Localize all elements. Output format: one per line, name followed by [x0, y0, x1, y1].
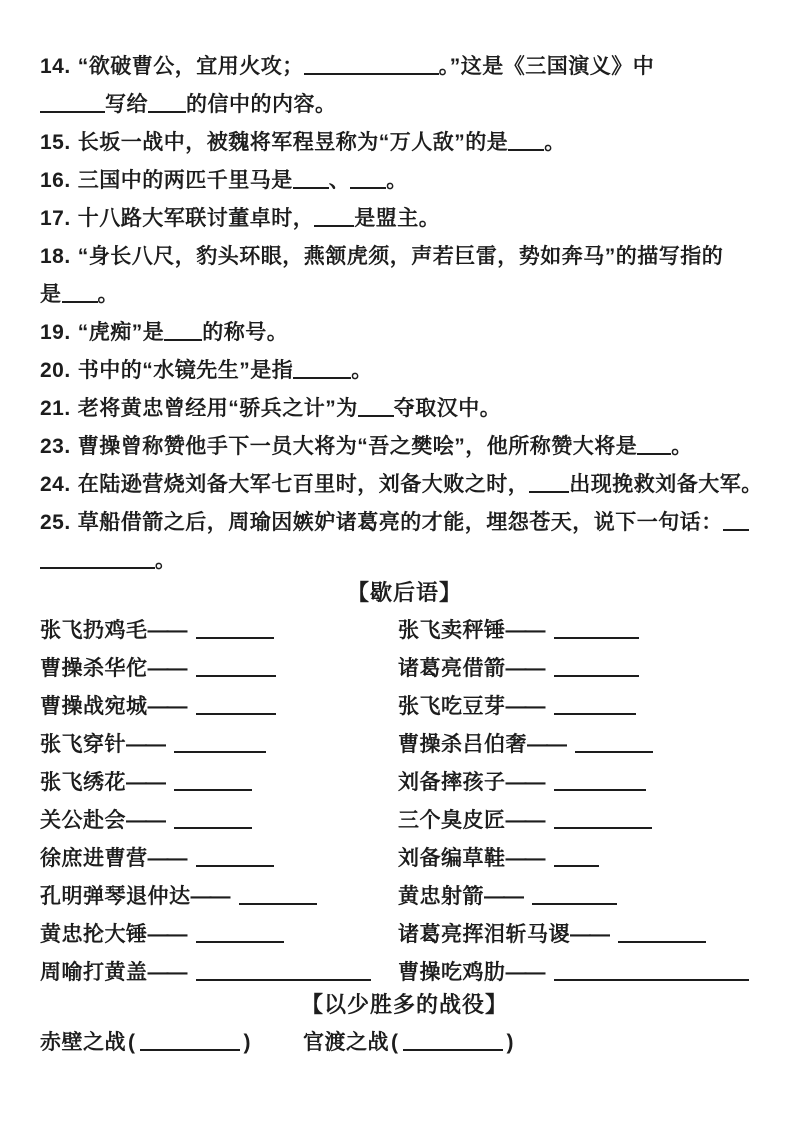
xiehouyu-label: 黄忠射箭: [398, 885, 484, 908]
xiehouyu-dash: ——: [506, 847, 544, 870]
answer-blank: [293, 173, 329, 189]
xiehouyu-item: 曹操战宛城——: [40, 688, 398, 726]
answer-blank: [196, 623, 274, 639]
question-text: 的信中的内容。: [186, 93, 337, 116]
section-title-xiehouyu: 【歇后语】: [40, 580, 769, 606]
answer-blank: [554, 661, 639, 677]
question-text: 十八路大军联讨董卓时，: [78, 207, 315, 230]
xiehouyu-row: 张飞穿针—— 曹操杀吕伯奢——: [40, 726, 769, 764]
question-line-18-2: 是。: [40, 276, 769, 314]
answer-blank: [174, 737, 266, 753]
question-text: 是: [40, 283, 62, 306]
xiehouyu-item: 张飞扔鸡毛——: [40, 612, 398, 650]
xiehouyu-label: 曹操杀吕伯奢: [398, 733, 527, 756]
xiehouyu-item: 张飞穿针——: [40, 726, 398, 764]
xiehouyu-dash: ——: [484, 885, 522, 908]
answer-blank: [40, 553, 155, 569]
question-text: 。: [351, 359, 373, 382]
answer-blank: [529, 477, 569, 493]
question-text: 、: [329, 169, 351, 192]
question-line-25-1: 25.草船借箭之后，周瑜因嫉妒诸葛亮的才能，埋怨苍天，说下一句话：: [40, 504, 769, 542]
question-number: 23.: [40, 435, 71, 458]
xiehouyu-item: 张飞吃豆芽——: [398, 688, 636, 726]
xiehouyu-label: 孔明弹琴退仲达: [40, 885, 191, 908]
paren-open: (: [389, 1031, 401, 1054]
xiehouyu-dash: ——: [570, 923, 608, 946]
xiehouyu-item: 周喻打黄盖——: [40, 954, 398, 992]
xiehouyu-row: 徐庶进曹营—— 刘备编草鞋——: [40, 840, 769, 878]
answer-blank: [174, 775, 252, 791]
paren-close: ): [242, 1031, 254, 1054]
answer-blank: [164, 325, 202, 341]
answer-blank: [174, 813, 252, 829]
xiehouyu-dash: ——: [527, 733, 565, 756]
question-number: 14.: [40, 55, 71, 78]
question-text: 。: [386, 169, 408, 192]
answer-blank: [350, 173, 386, 189]
answer-blank: [239, 889, 317, 905]
question-line-18-1: 18.“身长八尺，豹头环眼，燕颔虎须，声若巨雷，势如奔马”的描写指的: [40, 238, 769, 276]
question-text: 曹操曾称赞他手下一员大将为“吾之樊哙”，他所称赞大将是: [78, 435, 638, 458]
question-line-14-2: 写给的信中的内容。: [40, 86, 769, 124]
xiehouyu-label: 曹操杀华佗: [40, 657, 148, 680]
question-text: “虎痴”是: [78, 321, 165, 344]
xiehouyu-label: 张飞绣花: [40, 771, 126, 794]
answer-blank: [304, 59, 439, 75]
xiehouyu-dash: ——: [126, 771, 164, 794]
answer-blank: [554, 775, 646, 791]
answer-blank: [140, 1035, 240, 1051]
xiehouyu-dash: ——: [506, 961, 544, 984]
answer-blank: [637, 439, 671, 455]
xiehouyu-item: 诸葛亮借箭——: [398, 650, 639, 688]
answer-blank: [532, 889, 617, 905]
answer-blank: [196, 661, 276, 677]
xiehouyu-item: 关公赴会——: [40, 802, 398, 840]
question-line-14-1: 14.“欲破曹公，宜用火攻；。”这是《三国演义》中: [40, 48, 769, 86]
xiehouyu-label: 三个臭皮匠: [398, 809, 506, 832]
answer-blank: [618, 927, 706, 943]
battle-item: 赤壁之战(): [40, 1024, 303, 1062]
answer-blank: [196, 927, 284, 943]
question-line-15: 15.长坂一战中，被魏将军程昱称为“万人敌”的是。: [40, 124, 769, 162]
question-text: 。: [671, 435, 693, 458]
answer-blank: [575, 737, 653, 753]
xiehouyu-dash: ——: [148, 657, 186, 680]
answer-blank: [196, 851, 274, 867]
xiehouyu-dash: ——: [506, 809, 544, 832]
xiehouyu-row: 周喻打黄盖—— 曹操吃鸡肋——: [40, 954, 769, 992]
worksheet-page: 14.“欲破曹公，宜用火攻；。”这是《三国演义》中 写给的信中的内容。 15.长…: [0, 0, 793, 1121]
xiehouyu-dash: ——: [506, 695, 544, 718]
xiehouyu-dash: ——: [148, 847, 186, 870]
xiehouyu-item: 张飞卖秤锤——: [398, 612, 639, 650]
xiehouyu-dash: ——: [148, 695, 186, 718]
xiehouyu-row: 张飞扔鸡毛—— 张飞卖秤锤——: [40, 612, 769, 650]
question-number: 21.: [40, 397, 71, 420]
answer-blank: [554, 813, 652, 829]
answer-blank: [148, 97, 186, 113]
xiehouyu-row: 黄忠抡大锤—— 诸葛亮挥泪斩马谡——: [40, 916, 769, 954]
answer-blank: [196, 699, 276, 715]
xiehouyu-row: 关公赴会—— 三个臭皮匠——: [40, 802, 769, 840]
xiehouyu-item: 黄忠射箭——: [398, 878, 617, 916]
question-number: 24.: [40, 473, 71, 496]
question-text: 夺取汉中。: [394, 397, 502, 420]
question-text: 。: [544, 131, 566, 154]
xiehouyu-dash: ——: [191, 885, 229, 908]
question-text: 。: [155, 549, 177, 572]
question-number: 16.: [40, 169, 71, 192]
xiehouyu-row: 张飞绣花—— 刘备摔孩子——: [40, 764, 769, 802]
question-number: 18.: [40, 245, 71, 268]
question-text: 草船借箭之后，周瑜因嫉妒诸葛亮的才能，埋怨苍天，说下一句话：: [78, 511, 723, 534]
question-text: 出现挽救刘备大军。: [569, 473, 763, 496]
xiehouyu-label: 曹操吃鸡肋: [398, 961, 506, 984]
answer-blank: [554, 699, 636, 715]
question-number: 15.: [40, 131, 71, 154]
xiehouyu-section: 张飞扔鸡毛—— 张飞卖秤锤—— 曹操杀华佗—— 诸葛亮借箭—— 曹操战宛城—— …: [40, 612, 769, 992]
question-text: 老将黄忠曾经用“骄兵之计”为: [78, 397, 358, 420]
xiehouyu-row: 曹操战宛城—— 张飞吃豆芽——: [40, 688, 769, 726]
xiehouyu-item: 诸葛亮挥泪斩马谡——: [398, 916, 706, 954]
answer-blank: [403, 1035, 503, 1051]
question-text: 是盟主。: [354, 207, 440, 230]
question-line-24: 24.在陆逊营烧刘备大军七百里时，刘备大败之时，出现挽救刘备大军。: [40, 466, 769, 504]
xiehouyu-item: 曹操杀华佗——: [40, 650, 398, 688]
question-text: 。”这是《三国演义》中: [439, 55, 655, 78]
xiehouyu-item: 徐庶进曹营——: [40, 840, 398, 878]
xiehouyu-item: 曹操杀吕伯奢——: [398, 726, 653, 764]
xiehouyu-label: 黄忠抡大锤: [40, 923, 148, 946]
paren-close: ): [505, 1031, 517, 1054]
battle-item: 官渡之战(): [303, 1024, 516, 1062]
xiehouyu-item: 刘备摔孩子——: [398, 764, 646, 802]
xiehouyu-label: 张飞吃豆芽: [398, 695, 506, 718]
answer-blank: [196, 965, 371, 981]
xiehouyu-label: 诸葛亮借箭: [398, 657, 506, 680]
xiehouyu-label: 周喻打黄盖: [40, 961, 148, 984]
answer-blank: [554, 965, 749, 981]
question-line-16: 16.三国中的两匹千里马是、。: [40, 162, 769, 200]
paren-open: (: [126, 1031, 138, 1054]
question-line-17: 17.十八路大军联讨董卓时，是盟主。: [40, 200, 769, 238]
battle-label: 官渡之战: [303, 1031, 389, 1054]
question-line-21: 21.老将黄忠曾经用“骄兵之计”为夺取汉中。: [40, 390, 769, 428]
xiehouyu-item: 三个臭皮匠——: [398, 802, 652, 840]
question-text: 书中的“水镜先生”是指: [78, 359, 294, 382]
xiehouyu-label: 张飞扔鸡毛: [40, 619, 148, 642]
question-line-20: 20.书中的“水镜先生”是指。: [40, 352, 769, 390]
xiehouyu-dash: ——: [126, 809, 164, 832]
xiehouyu-label: 张飞穿针: [40, 733, 126, 756]
question-text: 的称号。: [202, 321, 288, 344]
question-text: “欲破曹公，宜用火攻；: [78, 55, 304, 78]
xiehouyu-item: 黄忠抡大锤——: [40, 916, 398, 954]
xiehouyu-dash: ——: [506, 771, 544, 794]
question-text: “身长八尺，豹头环眼，燕颔虎须，声若巨雷，势如奔马”的描写指的: [78, 245, 724, 268]
xiehouyu-dash: ——: [148, 619, 186, 642]
question-text: 。: [98, 283, 120, 306]
xiehouyu-row: 曹操杀华佗—— 诸葛亮借箭——: [40, 650, 769, 688]
xiehouyu-item: 刘备编草鞋——: [398, 840, 599, 878]
section-title-battles: 【以少胜多的战役】: [40, 992, 769, 1018]
xiehouyu-label: 刘备摔孩子: [398, 771, 506, 794]
xiehouyu-label: 诸葛亮挥泪斩马谡: [398, 923, 570, 946]
answer-blank: [508, 135, 544, 151]
question-line-23: 23.曹操曾称赞他手下一员大将为“吾之樊哙”，他所称赞大将是。: [40, 428, 769, 466]
answer-blank: [554, 623, 639, 639]
answer-blank: [62, 287, 98, 303]
xiehouyu-label: 曹操战宛城: [40, 695, 148, 718]
question-number: 19.: [40, 321, 71, 344]
question-line-19: 19.“虎痴”是的称号。: [40, 314, 769, 352]
question-number: 20.: [40, 359, 71, 382]
xiehouyu-label: 张飞卖秤锤: [398, 619, 506, 642]
xiehouyu-label: 刘备编草鞋: [398, 847, 506, 870]
question-line-25-2: 。: [40, 542, 769, 580]
question-text: 长坂一战中，被魏将军程昱称为“万人敌”的是: [78, 131, 509, 154]
question-text: 三国中的两匹千里马是: [78, 169, 293, 192]
xiehouyu-dash: ——: [506, 619, 544, 642]
xiehouyu-row: 孔明弹琴退仲达—— 黄忠射箭——: [40, 878, 769, 916]
xiehouyu-label: 关公赴会: [40, 809, 126, 832]
question-text: 写给: [105, 93, 148, 116]
xiehouyu-dash: ——: [148, 961, 186, 984]
answer-blank: [293, 363, 351, 379]
xiehouyu-item: 曹操吃鸡肋——: [398, 954, 749, 992]
xiehouyu-item: 张飞绣花——: [40, 764, 398, 802]
xiehouyu-label: 徐庶进曹营: [40, 847, 148, 870]
battle-label: 赤壁之战: [40, 1031, 126, 1054]
answer-blank: [723, 515, 749, 531]
question-text: 在陆逊营烧刘备大军七百里时，刘备大败之时，: [78, 473, 530, 496]
battles-section: 赤壁之战() 官渡之战(): [40, 1024, 769, 1062]
answer-blank: [358, 401, 394, 417]
answer-blank: [40, 97, 105, 113]
question-number: 17.: [40, 207, 71, 230]
xiehouyu-item: 孔明弹琴退仲达——: [40, 878, 398, 916]
questions-section: 14.“欲破曹公，宜用火攻；。”这是《三国演义》中 写给的信中的内容。 15.长…: [40, 48, 769, 580]
xiehouyu-dash: ——: [126, 733, 164, 756]
xiehouyu-dash: ——: [506, 657, 544, 680]
answer-blank: [314, 211, 354, 227]
question-number: 25.: [40, 511, 71, 534]
xiehouyu-dash: ——: [148, 923, 186, 946]
answer-blank: [554, 851, 599, 867]
